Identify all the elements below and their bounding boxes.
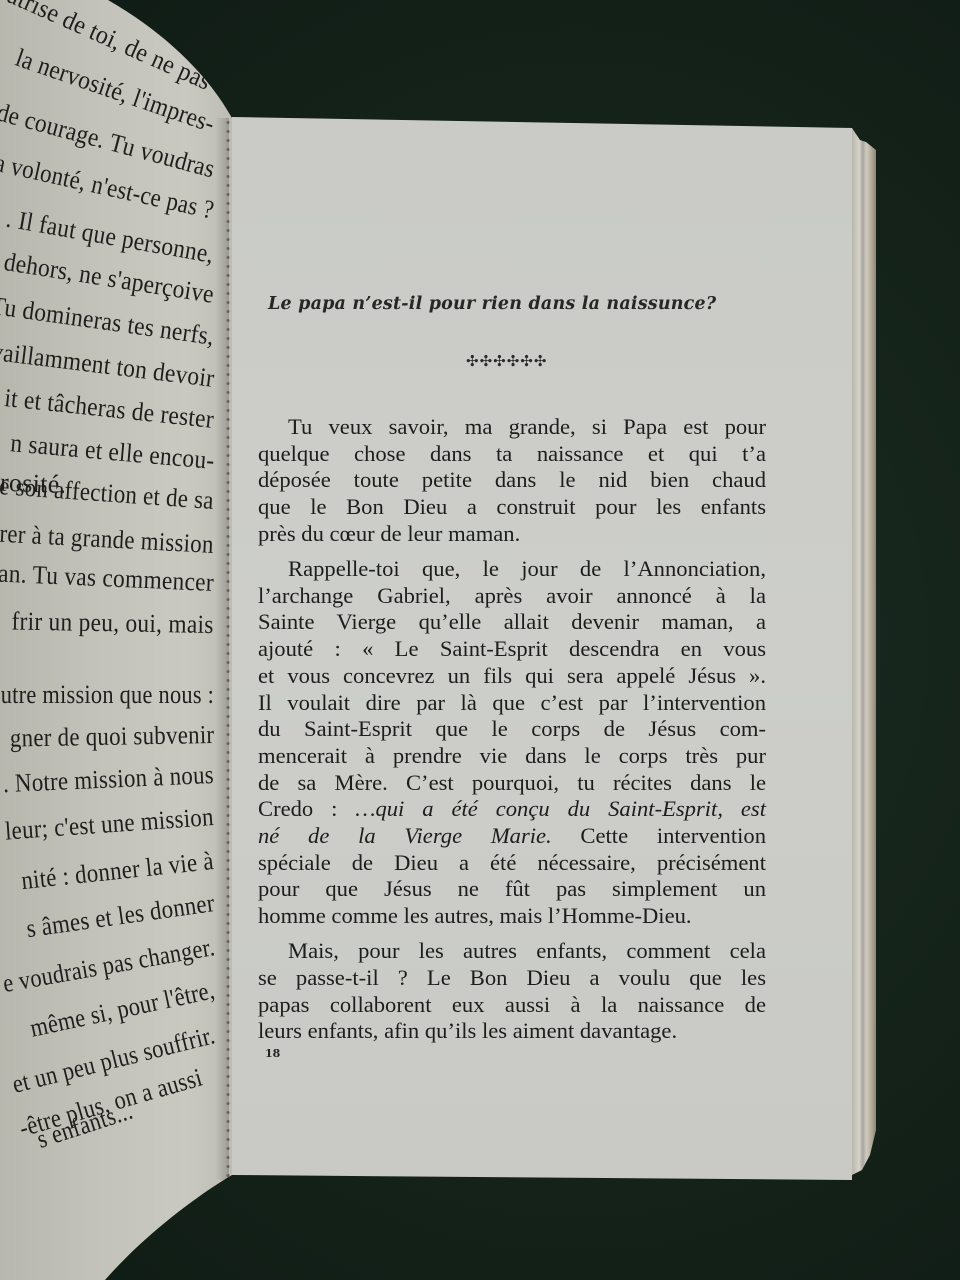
text-line: mencerait à prendre vie dans le corps tr… xyxy=(258,743,766,770)
left-line: leur; c'est une mission xyxy=(4,802,215,847)
text-line-credo: Credo : …qui a été conçu du Saint-Esprit… xyxy=(258,796,766,823)
text-line: ajouté : « Le Saint-Esprit descendra en … xyxy=(258,636,766,663)
credo-quote: …qui a été conçu du Saint-Esprit, est xyxy=(355,796,766,821)
text-line: Tu veux savoir, ma grande, si Papa est p… xyxy=(258,414,766,441)
left-line: rosité. xyxy=(0,468,67,500)
left-line: an. Tu vas commencer xyxy=(0,559,215,598)
left-line: rer à ta grande mission xyxy=(0,519,215,560)
paragraph-3: Mais, pour les autres enfants, comment c… xyxy=(258,938,766,1045)
credo-quote: né de la Vierge Marie. xyxy=(258,823,552,848)
binding-stitches xyxy=(224,118,232,1180)
text-line: se passe-t-il ? Le Bon Dieu a voulu que … xyxy=(258,965,766,992)
text-line: Il voulait dire par là que c’est par l’i… xyxy=(258,690,766,717)
text-line: Mais, pour les autres enfants, comment c… xyxy=(258,938,766,965)
text-line: leurs enfants, afin qu’ils les aiment da… xyxy=(258,1018,766,1045)
credo-prefix: Credo : xyxy=(258,796,355,821)
text-line: quelque chose dans ta naissance et qui t… xyxy=(258,441,766,468)
text-line: l’archange Gabriel, après avoir annoncé … xyxy=(258,583,766,610)
text-line: spéciale de Dieu a été nécessaire, préci… xyxy=(258,850,766,877)
left-line: gner de quoi subvenir xyxy=(9,720,214,754)
text-line: homme comme les autres, mais l’Homme-Die… xyxy=(258,903,766,930)
text-line: que le Bon Dieu a construit pour les enf… xyxy=(258,494,766,521)
text-line: Rappelle-toi que, le jour de l’Annonciat… xyxy=(258,556,766,583)
credo-suffix: Cette intervention xyxy=(552,823,766,848)
body-text: Tu veux savoir, ma grande, si Papa est p… xyxy=(258,414,766,1054)
text-line: Sainte Vierge qu’elle allait devenir mam… xyxy=(258,609,766,636)
paragraph-1: Tu veux savoir, ma grande, si Papa est p… xyxy=(258,414,766,548)
text-line: du Saint-Esprit que le corps de Jésus co… xyxy=(258,716,766,743)
text-line: pour que Jésus ne fût pas simplement un xyxy=(258,876,766,903)
page-block-edges xyxy=(852,0,876,1280)
chapter-title: Le papa n’est-il pour rien dans la naiss… xyxy=(268,294,748,314)
text-line: déposée toute petite dans le nid bien ch… xyxy=(258,467,766,494)
text-line: papas collaborent eux aussi à la naissan… xyxy=(258,992,766,1019)
ornament-divider: ✣✣✣✣✣✣ xyxy=(466,352,547,370)
left-line: . Notre mission à nous xyxy=(2,760,214,799)
text-line-credo: né de la Vierge Marie. Cette interventio… xyxy=(258,823,766,850)
paragraph-2: Rappelle-toi que, le jour de l’Annonciat… xyxy=(258,556,766,930)
text-line: et vous concevrez un fils qui sera appel… xyxy=(258,663,766,690)
text-line: de sa Mère. C’est pourquoi, tu récites d… xyxy=(258,770,766,797)
left-line: utre mission que nous : xyxy=(1,680,214,710)
left-page-text: ûtrise de toi, de ne pas la nervosité, l… xyxy=(0,0,232,1280)
left-line: nité : donner la vie à xyxy=(20,846,215,896)
text-line: près du cœur de leur maman. xyxy=(258,521,766,548)
left-line: it et tâcheras de rester xyxy=(3,383,215,435)
page-number: 18 xyxy=(265,1047,280,1060)
left-line: frir un peu, oui, mais xyxy=(12,606,215,640)
